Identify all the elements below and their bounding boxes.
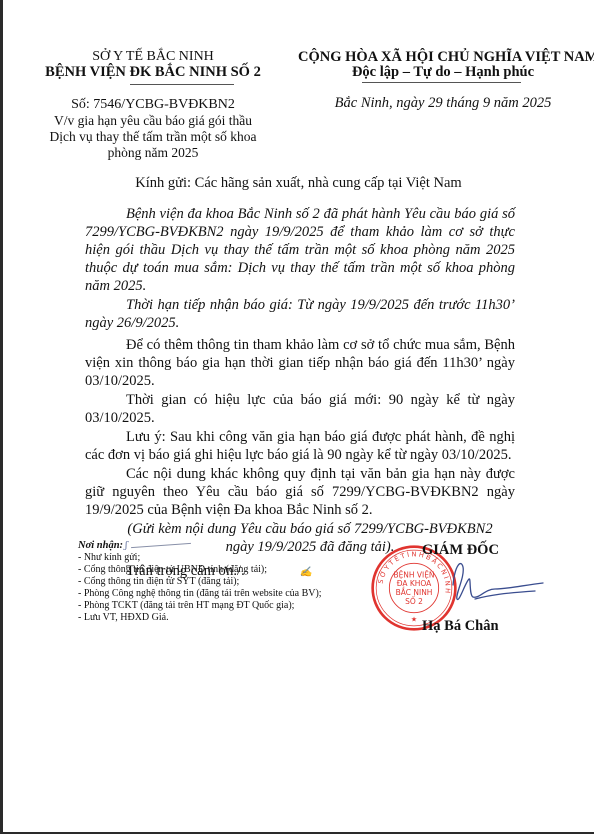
paragraph-background: Bệnh viện đa khoa Bắc Ninh số 2 đã phát …: [85, 205, 515, 295]
issuing-organization: BỆNH VIỆN ĐK BẮC NINH SỐ 2: [3, 64, 303, 81]
svg-text:BẮC NINH: BẮC NINH: [396, 587, 433, 597]
header-divider-left: [130, 84, 234, 85]
initial-signature-icon: ʃ: [125, 540, 127, 552]
header-divider-right: [362, 82, 521, 83]
document-page: SỞ Y TẾ BẮC NINH BỆNH VIỆN ĐK BẮC NINH S…: [3, 0, 594, 832]
national-motto: Độc lập – Tự do – Hạnh phúc: [298, 64, 588, 81]
recipients-list: - Như kính gửi; - Cổng thông tin điện tử…: [78, 552, 322, 624]
place-and-date: Bắc Ninh, ngày 29 tháng 9 năm 2025: [298, 95, 588, 112]
svg-text:★: ★: [411, 615, 417, 623]
paragraph-original-deadline: Thời hạn tiếp nhận báo giá: Từ ngày 19/9…: [85, 296, 515, 332]
handwritten-signature-icon: [435, 555, 545, 615]
parent-organization: SỞ Y TẾ BẮC NINH: [3, 49, 303, 65]
recipient-item: - Cổng thông tin điện tử UBND tỉnh (đăng…: [78, 564, 322, 576]
signature-stroke: [132, 543, 192, 548]
recipients-block: Nơi nhận:ʃ - Như kính gửi; - Cổng thông …: [78, 540, 322, 624]
recipient-item: - Cổng thông tin điện tử SYT (đăng tải);: [78, 576, 322, 588]
addressee: Kính gửi: Các hãng sản xuất, nhà cung cấ…: [3, 175, 594, 192]
document-number: Số: 7546/YCBG-BVĐKBN2: [3, 97, 303, 113]
svg-text:SỐ 2: SỐ 2: [405, 596, 423, 606]
paragraph-validity: Thời gian có hiệu lực của báo giá mới: 9…: [85, 391, 515, 427]
svg-text:BỆNH VIỆN: BỆNH VIỆN: [393, 570, 434, 579]
svg-text:ĐA KHOA: ĐA KHOA: [397, 579, 432, 588]
recipient-item: - Phòng Công nghệ thông tin (đăng tải tr…: [78, 588, 322, 600]
signer-name: Hạ Bá Chân: [422, 618, 499, 635]
recipient-item: - Như kính gửi;: [78, 552, 322, 564]
document-subject: V/v gia hạn yêu cầu báo giá gói thầu Dịc…: [43, 113, 263, 161]
recipient-item: - Phòng TCKT (đăng tải trên HT mạng ĐT Q…: [78, 600, 322, 612]
paragraph-other-terms: Các nội dung khác không quy định tại văn…: [85, 465, 515, 519]
recipient-item: - Lưu VT, HĐXD Giá.: [78, 612, 322, 624]
paragraph-note: Lưu ý: Sau khi công văn gia hạn báo giá …: [85, 428, 515, 464]
document-body: Bệnh viện đa khoa Bắc Ninh số 2 đã phát …: [85, 205, 515, 582]
recipients-label: Nơi nhận:: [78, 540, 123, 551]
paragraph-extension: Để có thêm thông tin tham khảo làm cơ sở…: [85, 336, 515, 390]
